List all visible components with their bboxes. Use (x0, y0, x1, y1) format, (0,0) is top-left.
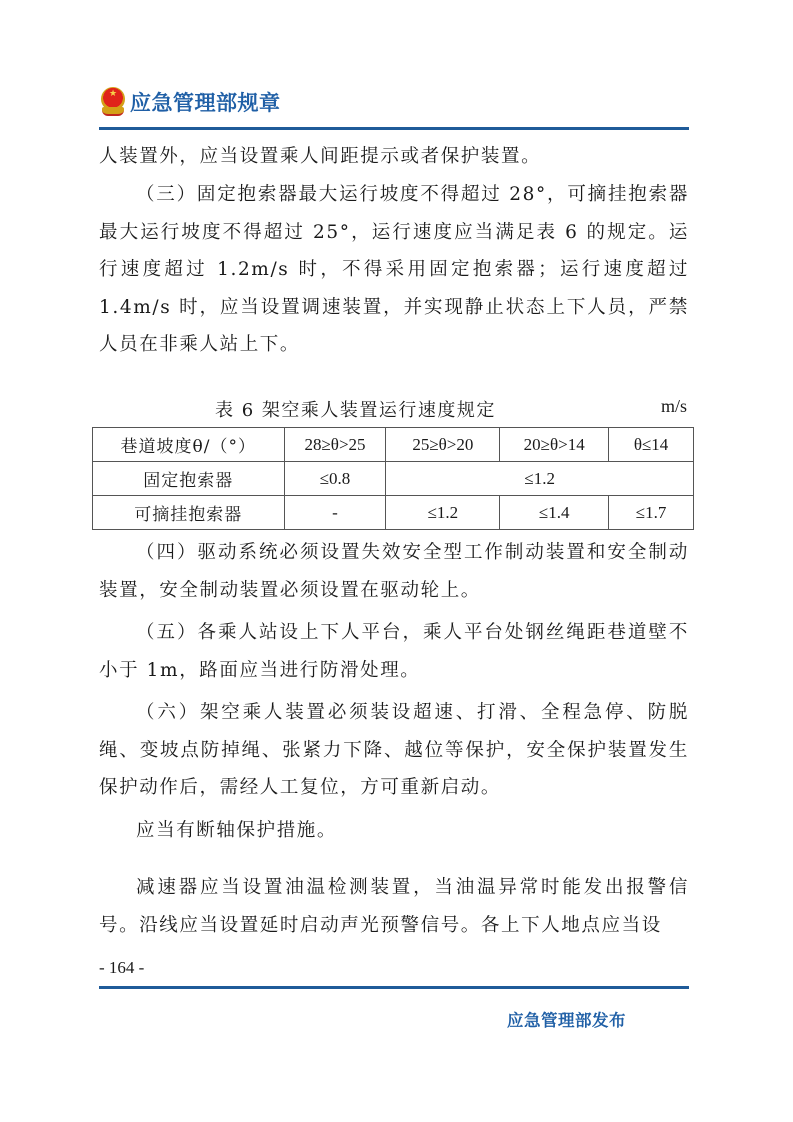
table-cell: ≤0.8 (284, 462, 386, 496)
paragraph-item-6: （六）架空乘人装置必须装设超速、打滑、全程急停、防脱绳、变坡点防掉绳、张紧力下降… (99, 694, 689, 807)
header-cell: 巷道坡度θ/（°） (93, 428, 285, 462)
row-label: 固定抱索器 (93, 462, 285, 496)
table-row: 可摘挂抱索器 - ≤1.2 ≤1.4 ≤1.7 (93, 496, 694, 530)
header-cell: θ≤14 (609, 428, 694, 462)
table-row: 固定抱索器 ≤0.8 ≤1.2 (93, 462, 694, 496)
speed-spec-table: 巷道坡度θ/（°） 28≥θ>25 25≥θ>20 20≥θ>14 θ≤14 固… (92, 427, 694, 530)
table-header-row: 巷道坡度θ/（°） 28≥θ>25 25≥θ>20 20≥θ>14 θ≤14 (93, 428, 694, 462)
page-header: ★ 应急管理部规章 (100, 86, 281, 118)
header-title: 应急管理部规章 (130, 87, 281, 117)
header-cell: 28≥θ>25 (284, 428, 386, 462)
paragraph-item-5: （五）各乘人站设上下人平台，乘人平台处钢丝绳距巷道壁不小于 1m，路面应当进行防… (99, 614, 689, 689)
paragraph-shaft: 应当有断轴保护措施。 (99, 812, 689, 850)
table-cell: ≤1.4 (500, 496, 609, 530)
table-cell: ≤1.7 (609, 496, 694, 530)
header-rule (99, 127, 689, 130)
table-caption: 表 6 架空乘人装置运行速度规定 m/s (99, 394, 689, 424)
table-cell: ≤1.2 (386, 462, 694, 496)
paragraph-item-4: （四）驱动系统必须设置失效安全型工作制动装置和安全制动装置，安全制动装置必须设置… (99, 534, 689, 609)
header-cell: 20≥θ>14 (500, 428, 609, 462)
table-cell: ≤1.2 (386, 496, 500, 530)
page-number: - 164 - (99, 958, 144, 978)
national-emblem-icon: ★ (100, 87, 126, 117)
paragraph-reducer: 减速器应当设置油温检测装置，当油温异常时能发出报警信号。沿线应当设置延时启动声光… (99, 869, 689, 944)
footer-rule (99, 986, 689, 989)
row-label: 可摘挂抱索器 (93, 496, 285, 530)
table-cell: - (284, 496, 386, 530)
table-unit: m/s (661, 396, 687, 417)
footer-publisher: 应急管理部发布 (507, 1007, 626, 1031)
table-title: 表 6 架空乘人装置运行速度规定 (215, 396, 496, 422)
paragraph-continuation: 人装置外，应当设置乘人间距提示或者保护装置。 (99, 138, 689, 176)
header-cell: 25≥θ>20 (386, 428, 500, 462)
paragraph-item-3: （三）固定抱索器最大运行坡度不得超过 28°，可摘挂抱索器最大运行坡度不得超过 … (99, 176, 689, 364)
